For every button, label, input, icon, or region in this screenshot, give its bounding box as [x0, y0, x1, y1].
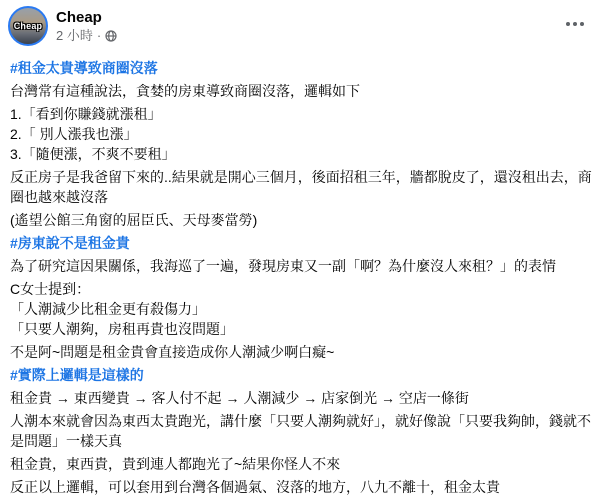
post-body: #租金太貴導致商圈沒落 台灣常有這種說法，貪婪的房東導致商圈沒落，邏輯如下 1.…	[0, 50, 603, 497]
post-paragraph: 台灣常有這種說法，貪婪的房東導致商圈沒落，邏輯如下	[10, 81, 593, 101]
globe-icon	[105, 30, 117, 42]
ellipsis-horizontal-icon	[566, 22, 570, 26]
post-header-info: Cheap 2 小時 ·	[56, 6, 587, 44]
post-paragraph: 反正以上邏輯，可以套用到台灣各個過氣、沒落的地方，八九不離十，租金太貴	[10, 477, 593, 497]
post-paragraph: 不是阿~問題是租金貴會直接造成你人潮減少啊白癡~	[10, 342, 593, 362]
post-hashtag[interactable]: #房東說不是租金貴	[10, 233, 593, 253]
page-name-link[interactable]: Cheap	[56, 9, 102, 27]
post-meta: 2 小時 ·	[56, 28, 587, 44]
post-paragraph-logic-chain: 租金貴 → 東西變貴 → 客人付不起 → 人潮減少 → 店家倒光 → 空店一條街	[10, 388, 593, 408]
meta-separator: ·	[97, 28, 101, 44]
post-paragraph: 人潮本來就會因為東西太貴跑光，講什麼「只要人潮夠就好」，就好像說「只要我夠帥，錢…	[10, 411, 593, 451]
post-paragraph: 為了研究這因果關係，我海巡了一遍，發現房東又一副「啊？為什麼沒人來租？」的表情	[10, 256, 593, 276]
post-timestamp[interactable]: 2 小時	[56, 28, 93, 44]
post-paragraph-list: 1.「看到你賺錢就漲租」 2.「 別人漲我也漲」 3.「隨便漲，不爽不要租」	[10, 104, 593, 164]
post-paragraph: 反正房子是我爸留下來的..結果就是開心三個月，後面招租三年，牆都脫皮了，還沒租出…	[10, 167, 593, 207]
post-hashtag[interactable]: #租金太貴導致商圈沒落	[10, 58, 593, 78]
page-avatar[interactable]: Cheap	[8, 6, 48, 46]
facebook-post-card: Cheap Cheap 2 小時 · #租金太貴導致商圈沒落 台灣	[0, 0, 603, 504]
post-hashtag[interactable]: #實際上邏輯是這樣的	[10, 365, 593, 385]
post-paragraph-quotes: C女士提到： 「人潮減少比租金更有殺傷力」 「只要人潮夠，房租再貴也沒問題」	[10, 279, 593, 339]
post-paragraph: 租金貴，東西貴，貴到連人都跑光了~結果你怪人不來	[10, 454, 593, 474]
post-paragraph: (遙望公館三角窗的屈臣氏、天母麥當勞)	[10, 210, 593, 230]
more-options-button[interactable]	[564, 16, 586, 32]
post-header: Cheap Cheap 2 小時 ·	[0, 0, 603, 50]
page-avatar-label: Cheap	[14, 21, 43, 31]
